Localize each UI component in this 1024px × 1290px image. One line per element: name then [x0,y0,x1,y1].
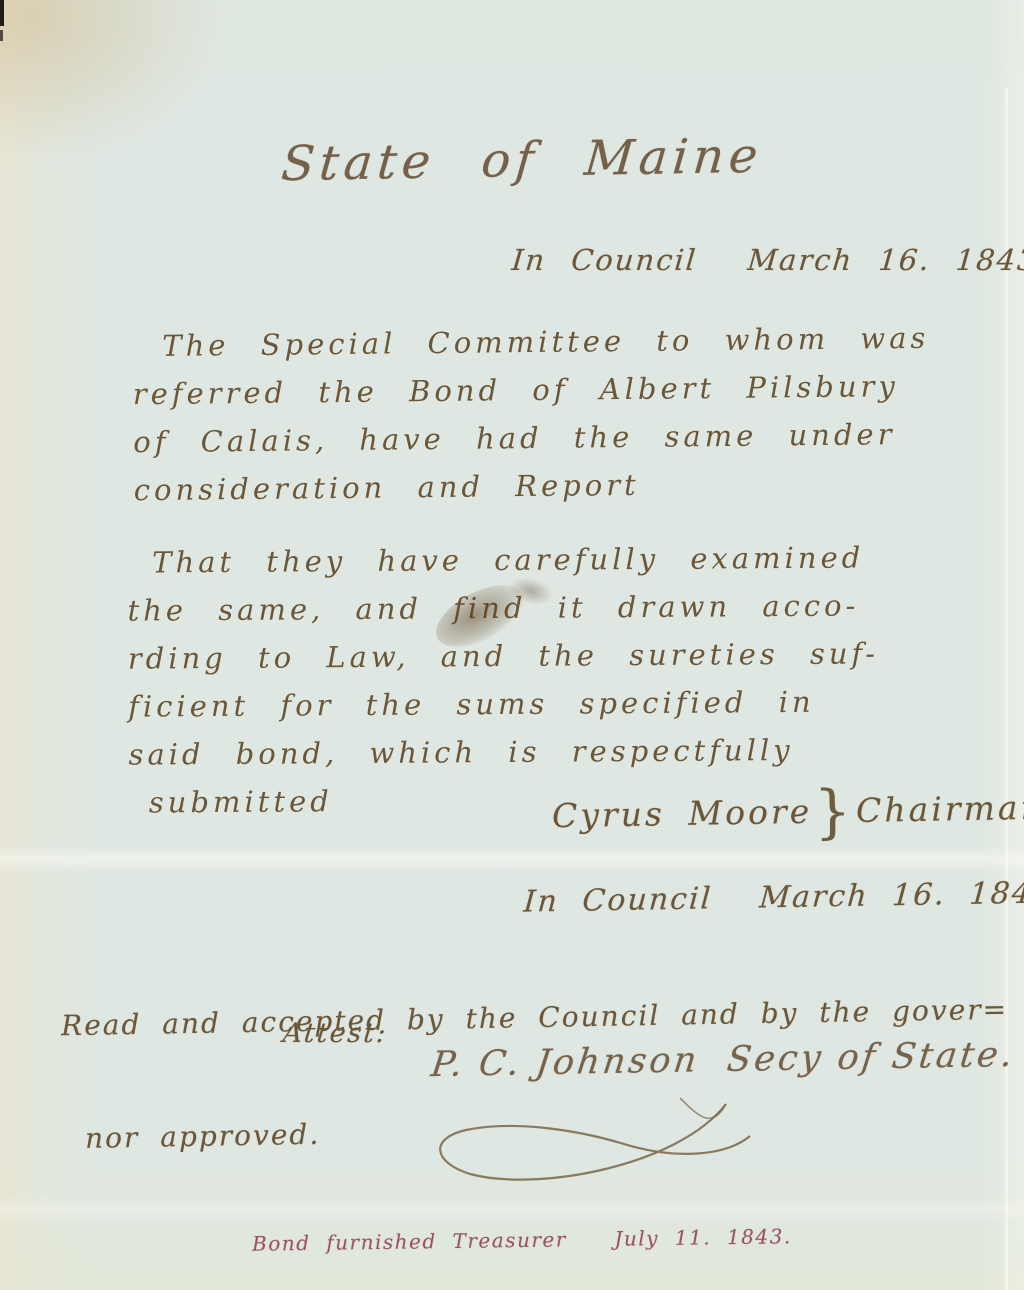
text-line: The Special Committee to whom was [132,314,930,370]
council-dateline: In Council March 16. 1843 [511,243,1024,277]
paragraph-findings: That they have carefully examined the sa… [127,533,880,826]
text-line: ficient for the sums specified in [128,677,879,730]
paper-crease [0,846,1024,872]
signature-brace: } [814,791,855,832]
signature-name: P. C. Johnson [429,1040,702,1085]
text-line: rding to Law, and the sureties suf- [128,629,879,682]
scan-edge-artifact [0,0,4,26]
text-line: said bond, which is respectfully [128,725,879,778]
paragraph-referral: The Special Committee to whom was referr… [132,314,931,514]
text-line: That they have carefully examined [127,533,878,586]
signature-flourish [428,1096,758,1200]
manuscript-page: State of Maine In Council March 16. 1843… [0,0,1024,1290]
text-line: of Calais, have had the same under [133,410,931,466]
chairman-signature: Cyrus Moore } Chairman [552,788,1024,837]
signature-title: Chairman [856,788,1024,830]
signature-title: Secy of State. [725,1035,1018,1080]
signature-name: Cyrus Moore [552,792,813,836]
archival-note: Bond furnished Treasurer July 11. 1843. [252,1224,792,1256]
text-line: consideration and Report [134,458,932,514]
attest-label: Attest: [281,1018,389,1049]
text-line: referred the Bond of Albert Pilsbury [133,362,931,418]
scan-edge-artifact [0,30,3,41]
document-title: State of Maine [279,128,765,192]
council-dateline-2: In Council March 16. 1843 [522,875,1024,919]
